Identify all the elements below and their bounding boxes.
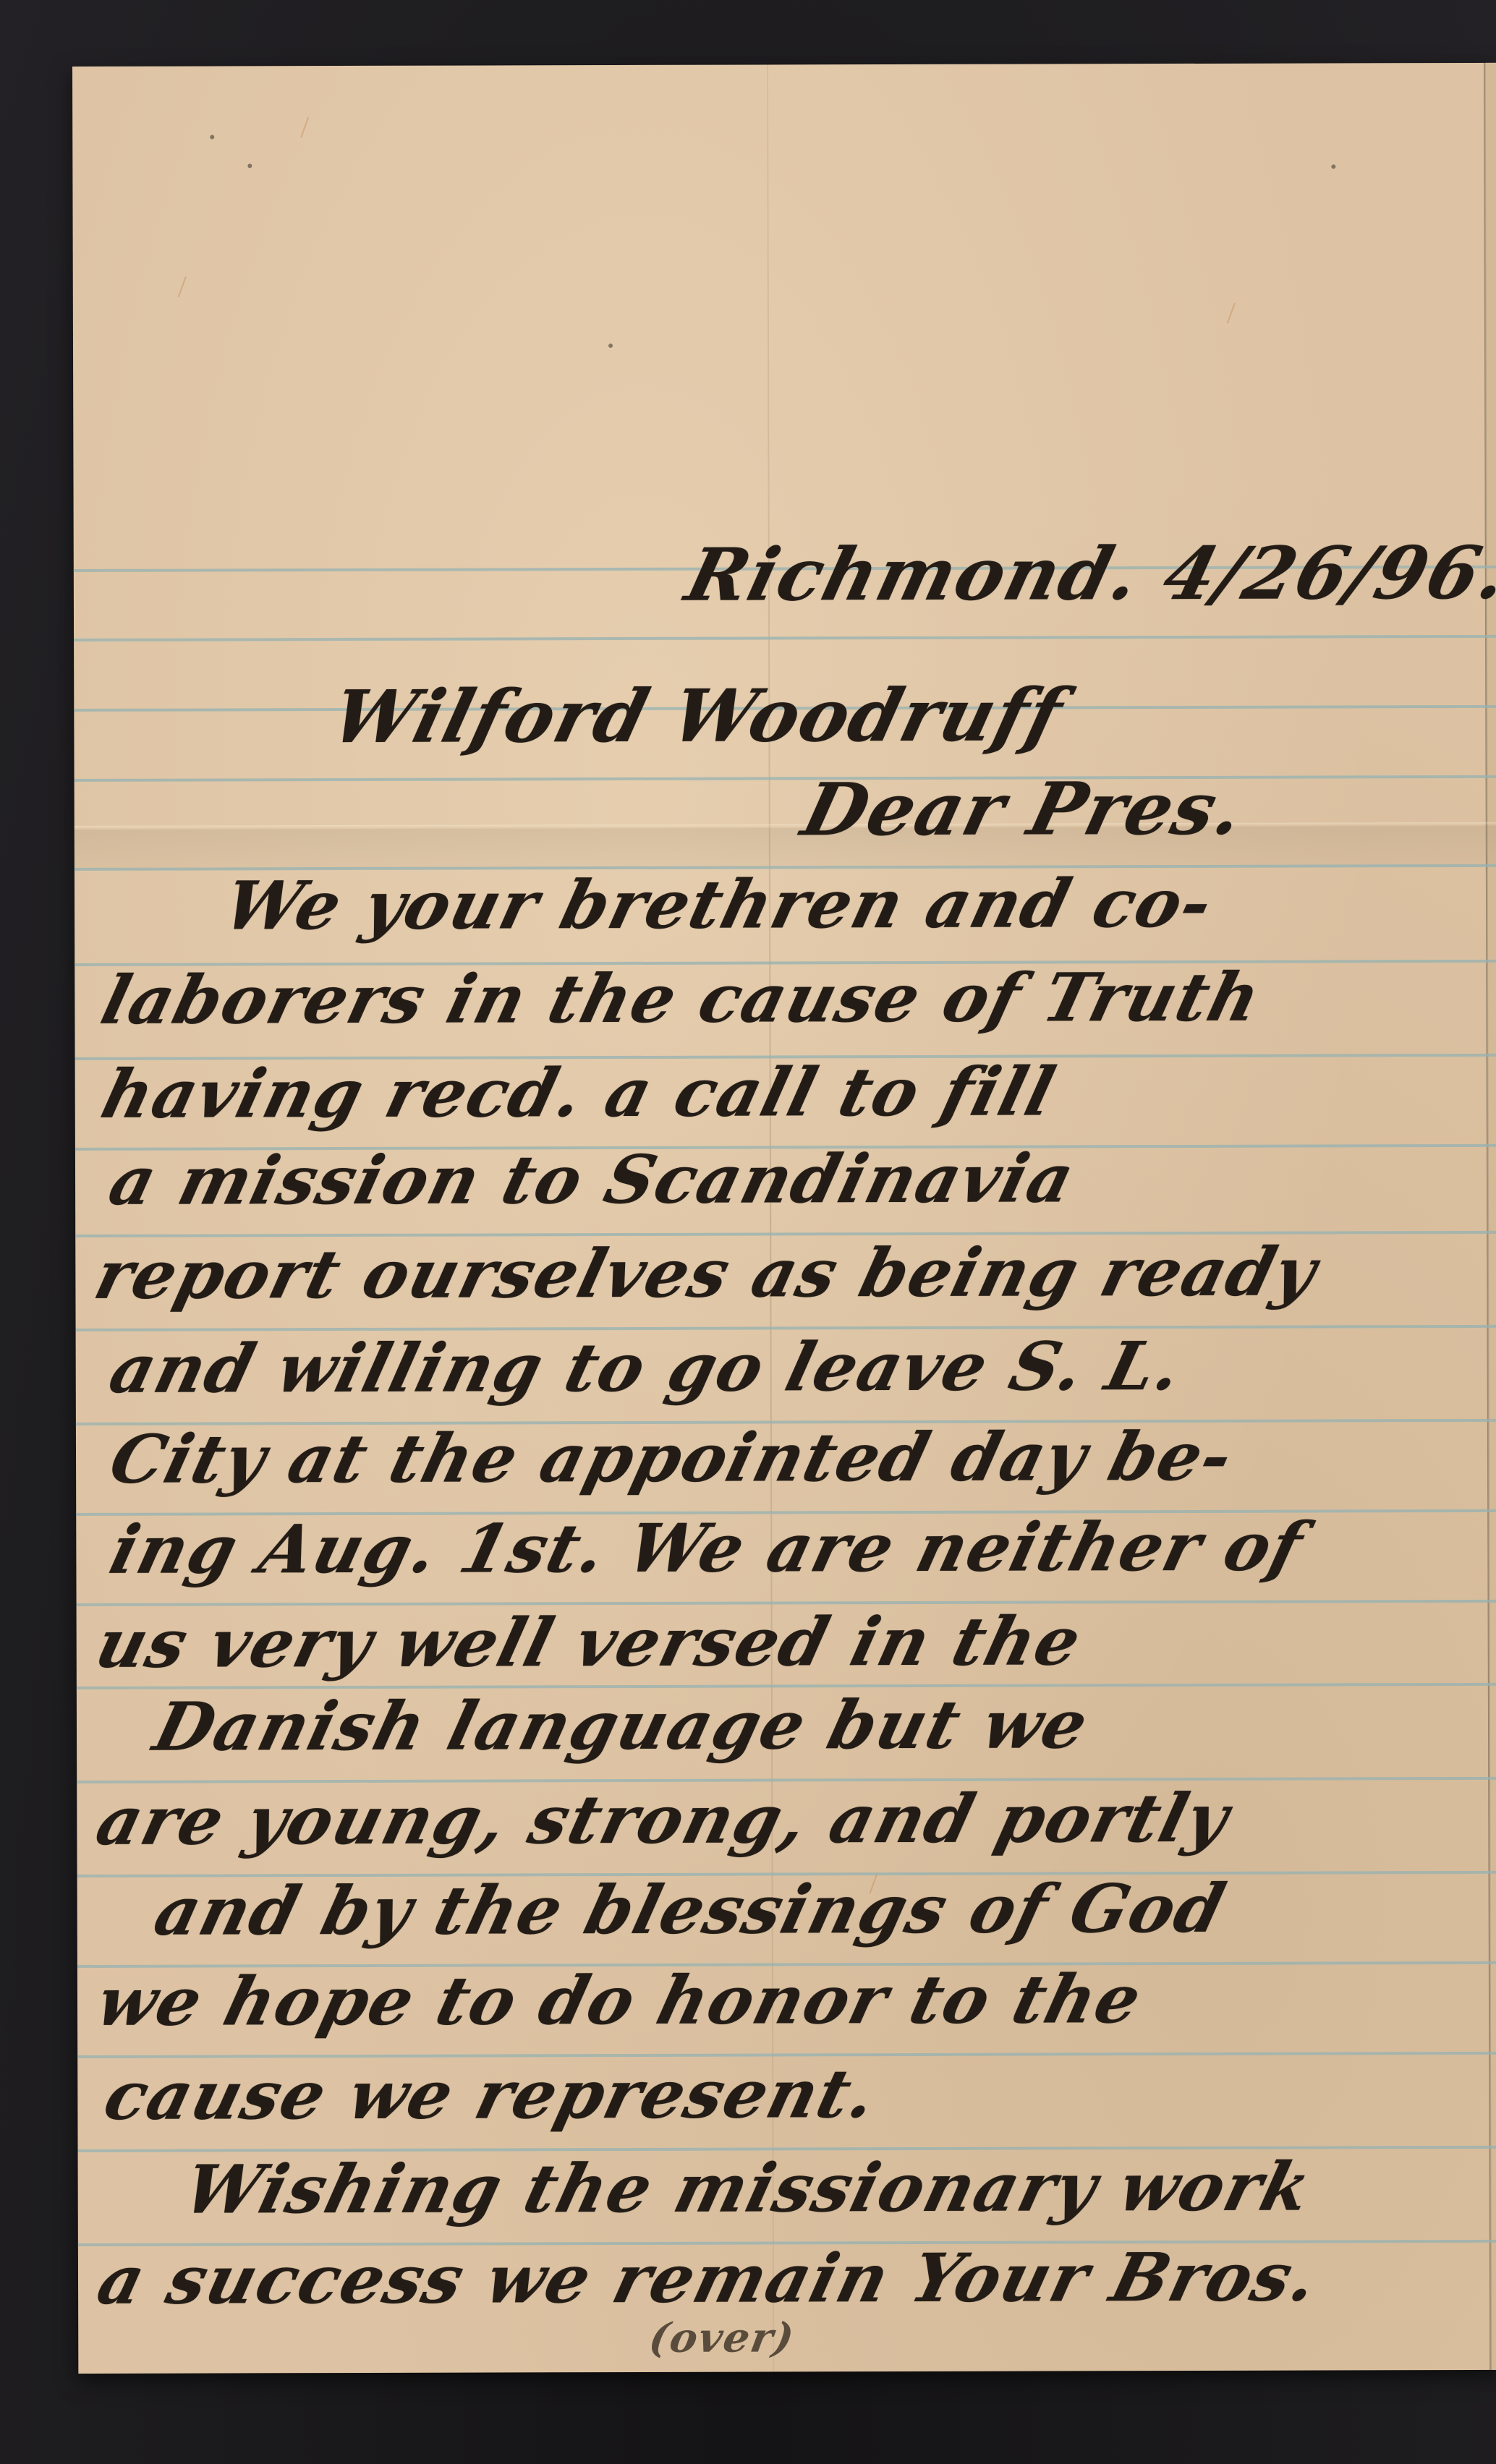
body-line: report ourselves as being ready <box>89 1238 1324 1308</box>
body-line: a mission to Scandinavia <box>103 1145 1081 1214</box>
dateline: Richmond. 4/26/96. <box>680 537 1496 611</box>
addressee: Wilford Woodruff <box>326 678 1070 753</box>
body-line: ing Aug. 1st. We are neither of <box>104 1514 1310 1583</box>
body-line: we hope to do honor to the <box>91 1966 1149 2035</box>
body-line: cause we represent. <box>98 2060 883 2129</box>
body-line: and willing to go leave S. L. <box>103 1333 1189 1402</box>
body-line: a success we remain Your Bros. <box>92 2243 1325 2313</box>
body-line: laborers in the cause of Truth <box>95 964 1267 1033</box>
body-line: Wishing the missionary work <box>178 2154 1318 2223</box>
salutation: Dear Pres. <box>796 772 1251 846</box>
over-annotation: (over) <box>645 2314 798 2362</box>
body-line: having recd. a call to fill <box>95 1058 1062 1127</box>
body-line: Danish language but we <box>148 1691 1095 1760</box>
body-line: We your brethren and co- <box>218 870 1220 939</box>
handwritten-text: Richmond. 4/26/96. Wilford Woodruff Dear… <box>72 63 1496 2374</box>
letter-page: Richmond. 4/26/96. Wilford Woodruff Dear… <box>72 63 1496 2374</box>
body-line: City at the appointed day be- <box>104 1423 1240 1493</box>
body-line: us very well versed in the <box>90 1608 1088 1677</box>
body-line: and by the blessings of God <box>148 1875 1232 1945</box>
body-line: are young, strong, and portly <box>90 1785 1236 1854</box>
